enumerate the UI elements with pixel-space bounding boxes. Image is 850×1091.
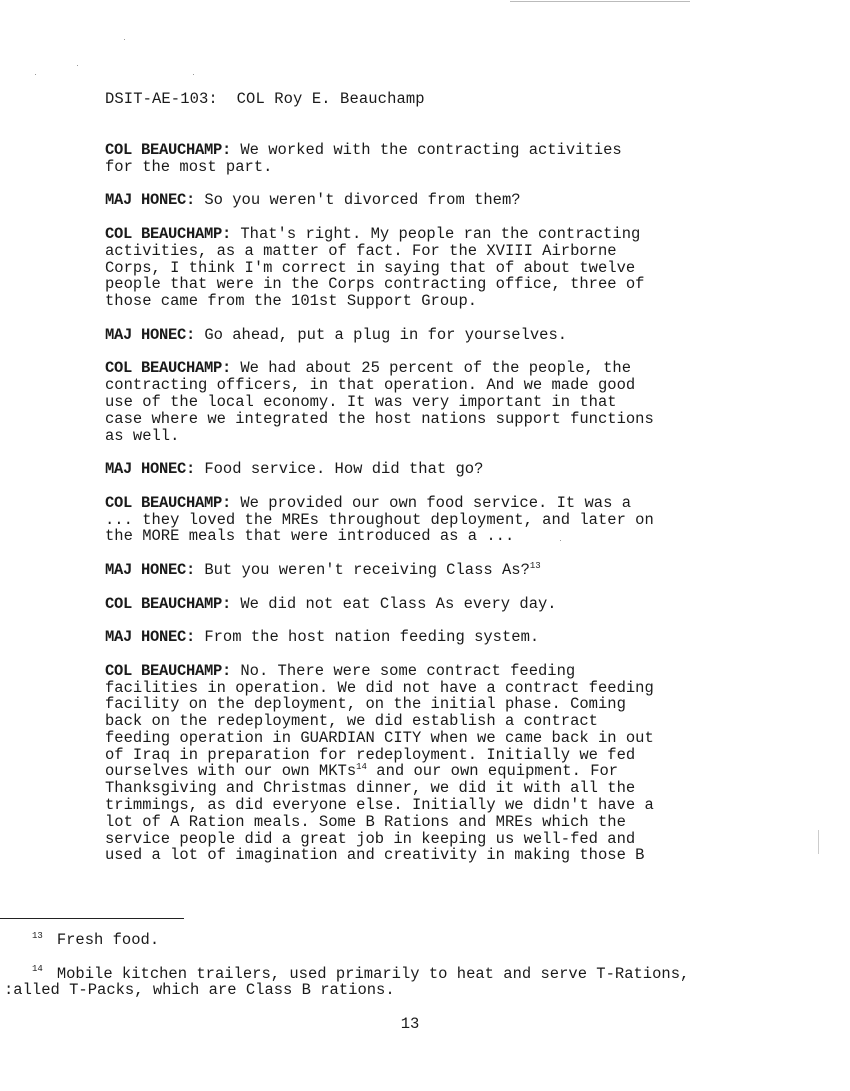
dialogue-entry: MAJ HONEC: Go ahead, put a plug in for y… bbox=[105, 327, 745, 344]
document-id: DSIT-AE-103: bbox=[105, 90, 218, 108]
scan-artifact bbox=[35, 74, 36, 75]
scan-artifact bbox=[193, 74, 194, 75]
speaker-label: COL BEAUCHAMP: bbox=[105, 494, 231, 512]
transcript-body: COL BEAUCHAMP: We worked with the contra… bbox=[105, 142, 745, 881]
footnote-14: 14Mobile kitchen trailers, used primaril… bbox=[32, 966, 792, 1000]
footnote-text: Fresh food. bbox=[57, 931, 159, 949]
speaker-label: MAJ HONEC: bbox=[105, 326, 195, 344]
dialogue-entry: COL BEAUCHAMP: We had about 25 percent o… bbox=[105, 360, 745, 444]
page-number: 13 bbox=[0, 1015, 820, 1033]
dialogue-text: Go ahead, put a plug in for yourselves. bbox=[204, 326, 567, 344]
speaker-label: COL BEAUCHAMP: bbox=[105, 662, 231, 680]
dialogue-text: But you weren't receiving Class As? bbox=[204, 561, 530, 579]
scan-artifact bbox=[560, 540, 561, 541]
dialogue-entry: MAJ HONEC: From the host nation feeding … bbox=[105, 629, 745, 646]
scan-artifact bbox=[124, 39, 125, 40]
dialogue-entry: COL BEAUCHAMP: We worked with the contra… bbox=[105, 142, 745, 176]
dialogue-entry: COL BEAUCHAMP: No. There were some contr… bbox=[105, 663, 745, 865]
footnote-marker: 13 bbox=[32, 931, 43, 941]
footnote-13: 13Fresh food. bbox=[32, 932, 792, 949]
dialogue-entry: COL BEAUCHAMP: We provided our own food … bbox=[105, 495, 745, 545]
speaker-label: MAJ HONEC: bbox=[105, 460, 195, 478]
dialogue-text: So you weren't divorced from them? bbox=[204, 191, 520, 209]
scan-artifact bbox=[818, 830, 819, 854]
dialogue-entry: MAJ HONEC: So you weren't divorced from … bbox=[105, 192, 745, 209]
dialogue-entry: COL BEAUCHAMP: We did not eat Class As e… bbox=[105, 596, 745, 613]
dialogue-text: Food service. How did that go? bbox=[204, 460, 483, 478]
speaker-label: MAJ HONEC: bbox=[105, 561, 195, 579]
interviewee-name: COL Roy E. Beauchamp bbox=[237, 90, 425, 108]
footnote-marker: 14 bbox=[32, 964, 43, 974]
dialogue-entry: MAJ HONEC: Food service. How did that go… bbox=[105, 461, 745, 478]
dialogue-text: We did not eat Class As every day. bbox=[240, 595, 556, 613]
dialogue-entry: MAJ HONEC: But you weren't receiving Cla… bbox=[105, 562, 745, 579]
speaker-label: MAJ HONEC: bbox=[105, 628, 195, 646]
speaker-label: COL BEAUCHAMP: bbox=[105, 595, 231, 613]
speaker-label: COL BEAUCHAMP: bbox=[105, 225, 231, 243]
speaker-label: MAJ HONEC: bbox=[105, 191, 195, 209]
dialogue-entry: COL BEAUCHAMP: That's right. My people r… bbox=[105, 226, 745, 310]
scan-artifact bbox=[510, 1, 690, 2]
footnotes-section: 13Fresh food. 14Mobile kitchen trailers,… bbox=[32, 932, 792, 1016]
scan-artifact bbox=[77, 65, 78, 66]
footnote-divider bbox=[0, 918, 184, 919]
footnote-reference-13[interactable]: 13 bbox=[530, 561, 541, 571]
footnote-text-continuation: :alled T-Packs, which are Class B ration… bbox=[4, 982, 792, 999]
document-page: DSIT-AE-103: COL Roy E. Beauchamp COL BE… bbox=[0, 0, 850, 1091]
speaker-label: COL BEAUCHAMP: bbox=[105, 141, 231, 159]
speaker-label: COL BEAUCHAMP: bbox=[105, 359, 231, 377]
footnote-text: Mobile kitchen trailers, used primarily … bbox=[57, 965, 690, 983]
dialogue-text: From the host nation feeding system. bbox=[204, 628, 539, 646]
transcript-header: DSIT-AE-103: COL Roy E. Beauchamp bbox=[105, 91, 425, 108]
footnote-reference-14[interactable]: 14 bbox=[356, 762, 367, 772]
